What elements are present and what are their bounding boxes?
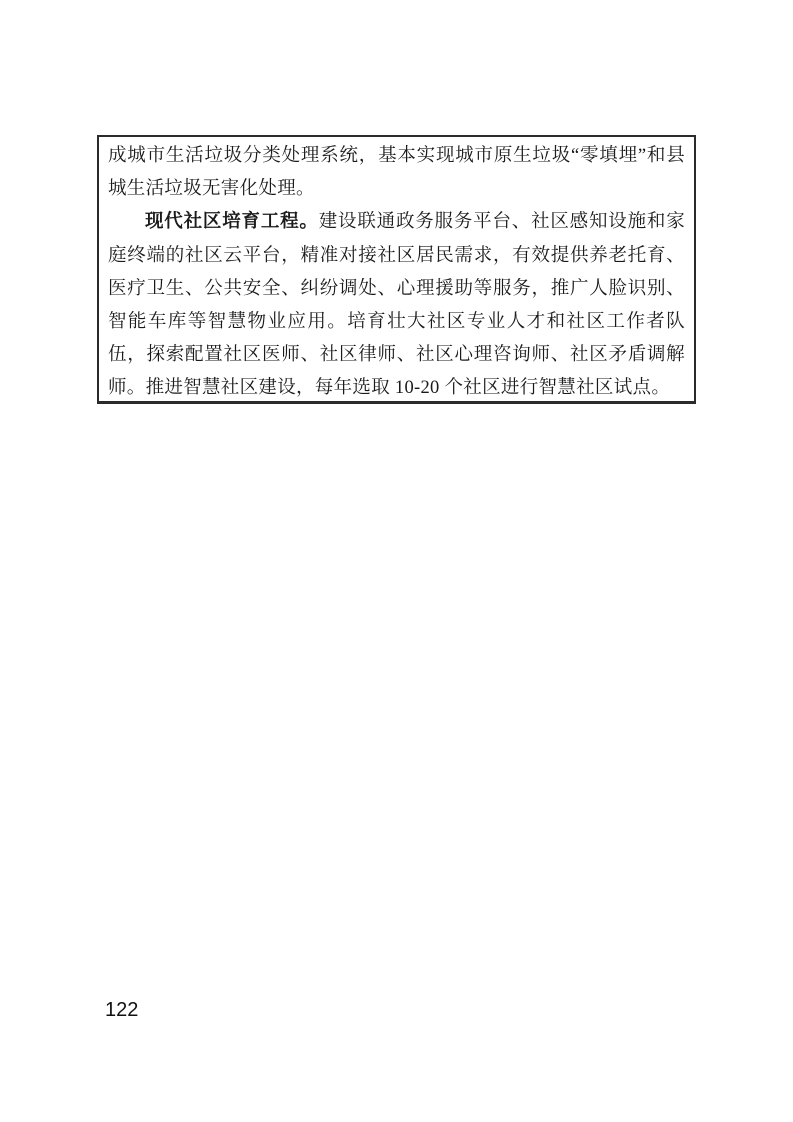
page-number: 122 [105, 998, 138, 1022]
bordered-text-box: 成城市生活垃圾分类处理系统，基本实现城市原生垃圾“零填埋”和县城生活垃圾无害化处… [97, 135, 696, 404]
paragraph-community-project: 现代社区培育工程。建设联通政务服务平台、社区感知设施和家庭终端的社区云平台，精准… [108, 206, 685, 405]
paragraph-waste-treatment: 成城市生活垃圾分类处理系统，基本实现城市原生垃圾“零填埋”和县城生活垃圾无害化处… [108, 140, 685, 206]
document-page: 成城市生活垃圾分类处理系统，基本实现城市原生垃圾“零填埋”和县城生活垃圾无害化处… [0, 0, 793, 1122]
paragraph-community-project-body: 建设联通政务服务平台、社区感知设施和家庭终端的社区云平台，精准对接社区居民需求，… [108, 212, 685, 398]
paragraph-waste-treatment-text: 成城市生活垃圾分类处理系统，基本实现城市原生垃圾“零填埋”和县城生活垃圾无害化处… [108, 146, 685, 199]
paragraph-community-project-lead: 现代社区培育工程。 [145, 212, 319, 232]
